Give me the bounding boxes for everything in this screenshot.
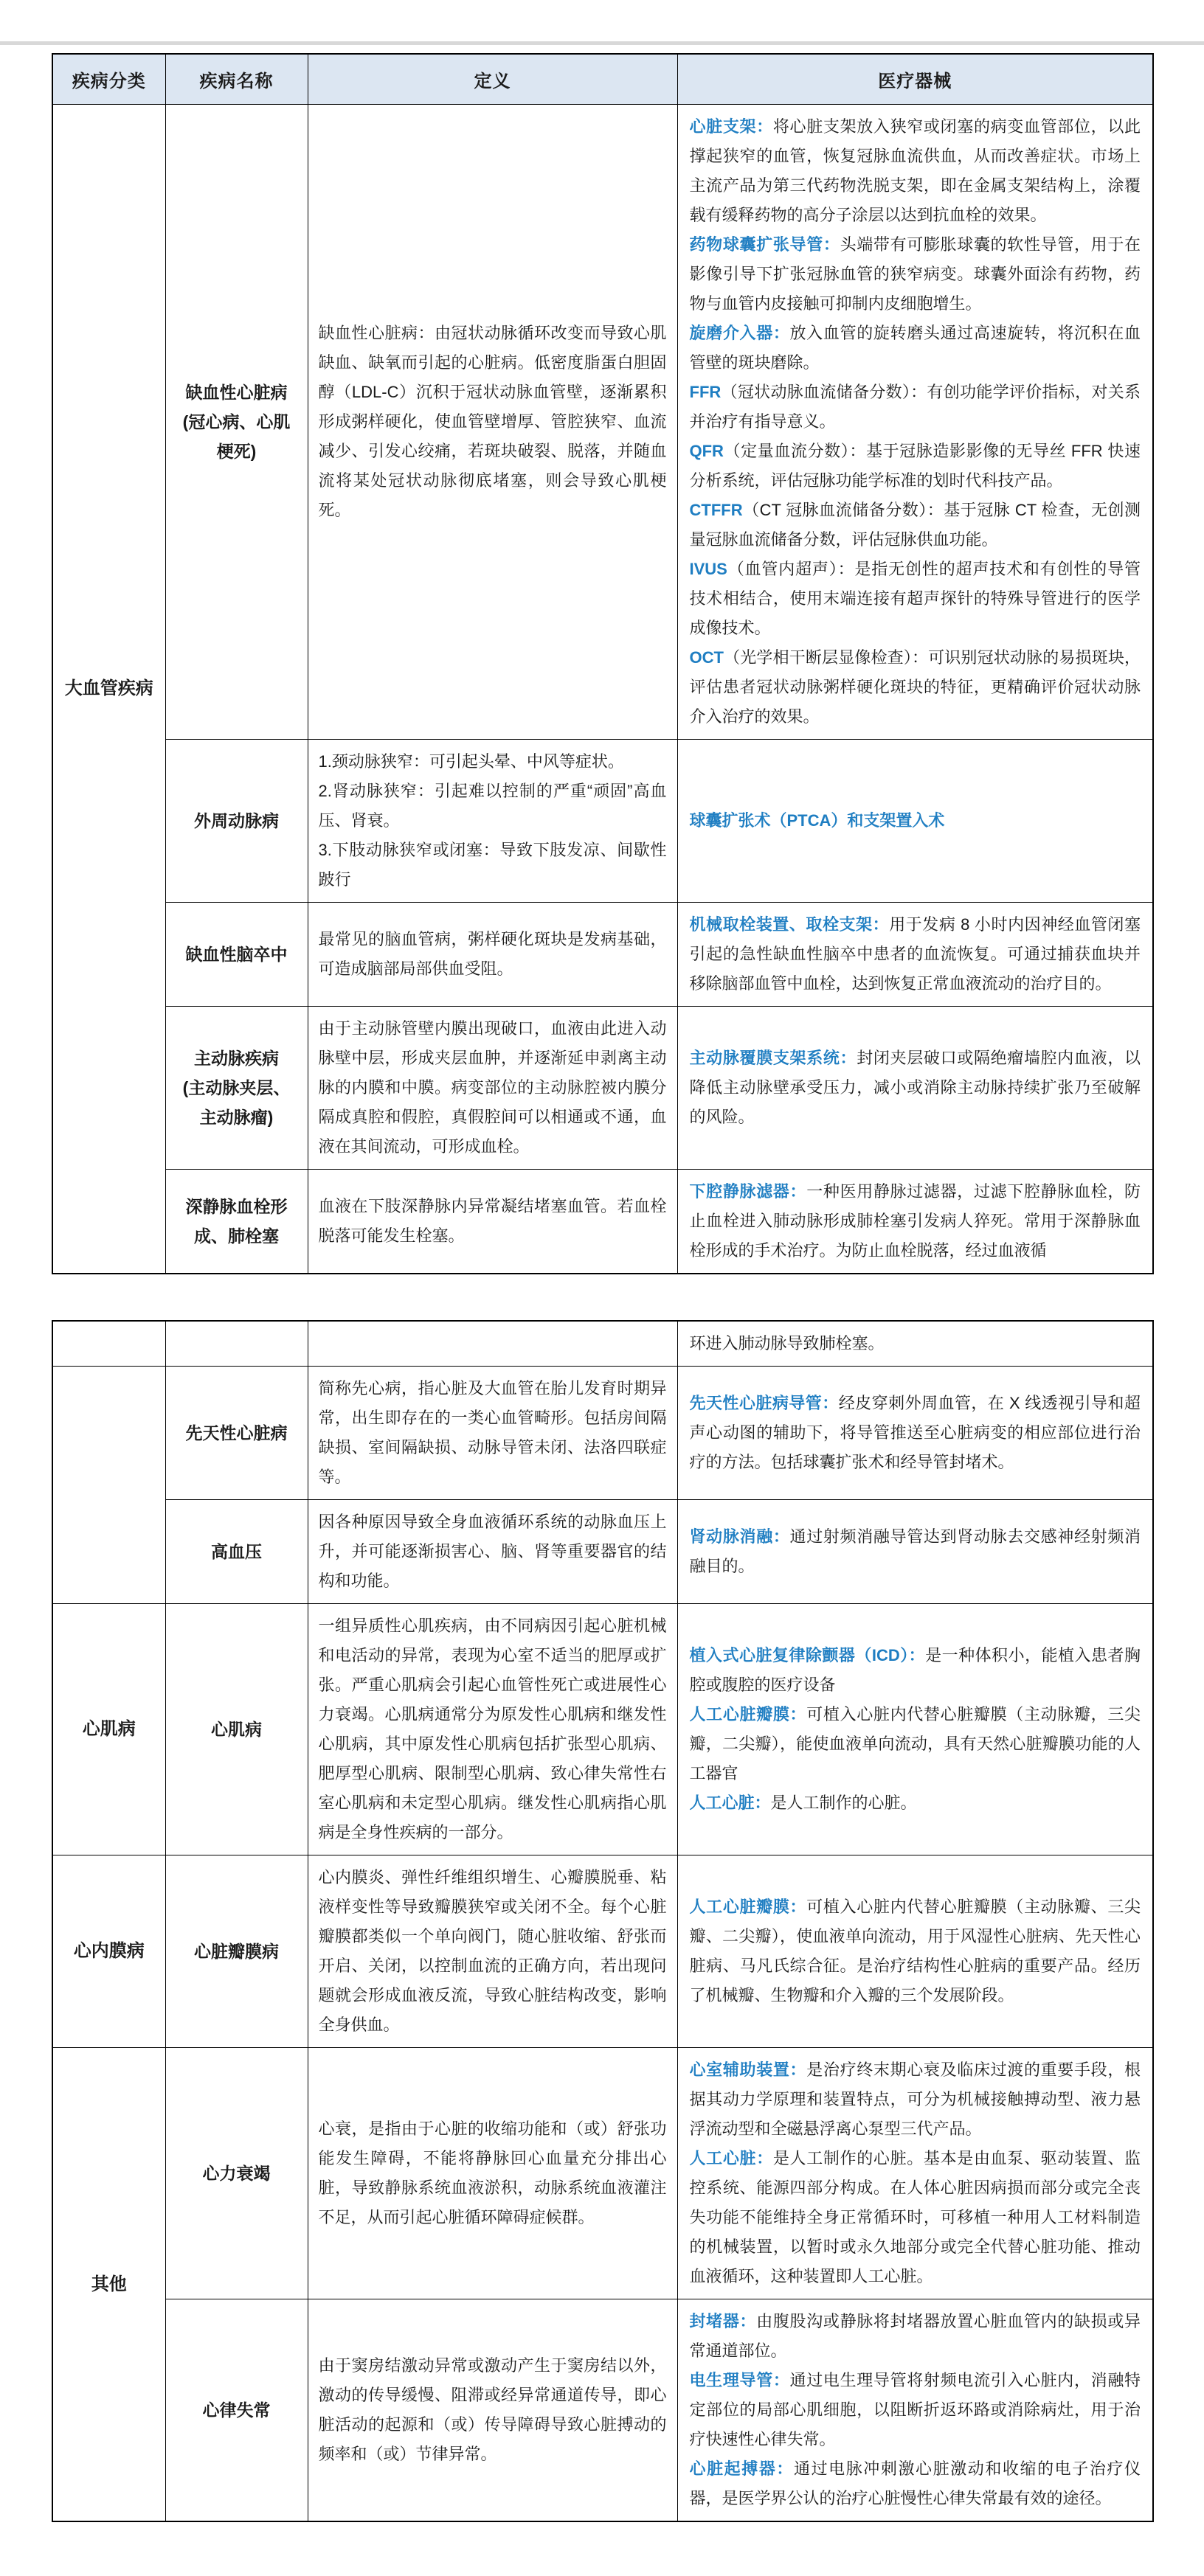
page: { "colors":{"accent_blue":"#1f7ec2","hea… bbox=[0, 0, 1204, 2576]
definition-text: 缺血性心脏病：由冠状动脉循环改变而导致心肌缺血、缺氧而引起的心脏病。低密度脂蛋白… bbox=[319, 319, 667, 525]
device-name: 药物球囊扩张导管： bbox=[690, 235, 840, 254]
definition-text: 心内膜炎、弹性纤维组织增生、心瓣膜脱垂、粘液样变性等导致瓣膜狭窄或关闭不全。每个… bbox=[319, 1863, 667, 2040]
disease-name-cell: 缺血性心脏病 (冠心病、心肌 梗死) bbox=[165, 104, 308, 739]
device-name: 先天性心脏病导管： bbox=[690, 1394, 839, 1412]
definition-text: 一组异质性心肌疾病，由不同病因引起心脏机械和电活动的异常，表现为心室不适当的肥厚… bbox=[319, 1611, 667, 1847]
category-cell: 心肌病 bbox=[52, 1604, 165, 1855]
device-description: 由腹股沟或静脉将封堵器放置心脏血管内的缺损或异常通道部位。 bbox=[690, 2312, 1141, 2360]
device-item: CTFFR（CT 冠脉血流储备分数）：基于冠脉 CT 检查，无创测量冠脉血流储备… bbox=[690, 496, 1141, 555]
page-top-rule bbox=[0, 41, 1204, 45]
device-description: （冠状动脉血流储备分数）：有创功能学评价指标，对关系并治疗有指导意义。 bbox=[690, 383, 1141, 431]
device-name: 人工心脏瓣膜： bbox=[690, 1705, 807, 1723]
definition-text: 由于主动脉管壁内膜出现破口，血液由此进入动脉壁中层，形成夹层血肿，并逐渐延申剥离… bbox=[319, 1014, 667, 1162]
definition-cell: 心衰，是指由于心脏的收缩功能和（或）舒张功能发生障碍，不能将静脉回心血量充分排出… bbox=[308, 2048, 677, 2299]
definition-cell: 最常见的脑血管病，粥样硬化斑块是发病基础，可造成脑部局部供血受阻。 bbox=[308, 902, 677, 1006]
device-name: OCT bbox=[690, 648, 724, 667]
device-name: 心脏起搏器： bbox=[690, 2459, 794, 2478]
definition-cell: 心内膜炎、弹性纤维组织增生、心瓣膜脱垂、粘液样变性等导致瓣膜狭窄或关闭不全。每个… bbox=[308, 1855, 677, 2048]
device-name: 封堵器： bbox=[690, 2312, 757, 2330]
device-item: 人工心脏瓣膜：可植入心脏内代替心脏瓣膜（主动脉瓣、三尖瓣、二尖瓣），使血液单向流… bbox=[690, 1892, 1141, 2010]
column-header-medical-device: 医疗器械 bbox=[677, 54, 1153, 104]
definition-text: 血液在下肢深静脉内异常凝结堵塞血管。若血栓脱落可能发生栓塞。 bbox=[319, 1192, 667, 1251]
device-item: 药物球囊扩张导管：头端带有可膨胀球囊的软性导管，用于在影像引导下扩张冠脉血管的狭… bbox=[690, 230, 1141, 319]
table-row: 环进入肺动脉导致肺栓塞。 bbox=[52, 1321, 1153, 1367]
disease-name-cell: 心肌病 bbox=[165, 1604, 308, 1855]
device-description: （血管内超声）：是指无创性的超声技术和有创性的导管技术相结合，使用末端连接有超声… bbox=[690, 560, 1141, 637]
definition-text: 1.颈动脉狭窄：可引起头晕、中风等症状。 bbox=[319, 747, 667, 777]
table-row: 心内膜病心脏瓣膜病心内膜炎、弹性纤维组织增生、心瓣膜脱垂、粘液样变性等导致瓣膜狭… bbox=[52, 1855, 1153, 2048]
table-row: 其他心力衰竭心衰，是指由于心脏的收缩功能和（或）舒张功能发生障碍，不能将静脉回心… bbox=[52, 2048, 1153, 2299]
definition-cell: 简称先心病，指心脏及大血管在胎儿发育时期异常，出生即存在的一类心血管畸形。包括房… bbox=[308, 1367, 677, 1500]
disease-name-cell: 外周动脉病 bbox=[165, 739, 308, 902]
table-row: 心律失常由于窦房结激动异常或激动产生于窦房结以外，激动的传导缓慢、阻滞或经异常通… bbox=[52, 2299, 1153, 2522]
devices-cell: 环进入肺动脉导致肺栓塞。 bbox=[677, 1321, 1153, 1367]
definition-text: 最常见的脑血管病，粥样硬化斑块是发病基础，可造成脑部局部供血受阻。 bbox=[319, 925, 667, 984]
devices-cell: 植入式心脏复律除颤器（ICD）：是一种体积小，能植入患者胸腔或腹腔的医疗设备人工… bbox=[677, 1604, 1153, 1855]
definition-text: 因各种原因导致全身血液循环系统的动脉血压上升，并可能逐渐损害心、脑、肾等重要器官… bbox=[319, 1507, 667, 1596]
disease-name-cell bbox=[165, 1321, 308, 1367]
disease-device-table-part2: 环进入肺动脉导致肺栓塞。先天性心脏病简称先心病，指心脏及大血管在胎儿发育时期异常… bbox=[52, 1320, 1152, 2522]
table-row: 大血管疾病缺血性心脏病 (冠心病、心肌 梗死)缺血性心脏病：由冠状动脉循环改变而… bbox=[52, 104, 1153, 739]
device-description: （光学相干断层显像检查）：可识别冠状动脉的易损斑块，评估患者冠状动脉粥样硬化斑块… bbox=[690, 648, 1141, 726]
category-cell: 大血管疾病 bbox=[52, 104, 165, 1274]
device-name: 植入式心脏复律除颤器（ICD）： bbox=[690, 1646, 926, 1664]
device-item: 机械取栓装置、取栓支架：用于发病 8 小时内因神经血管闭塞引起的急性缺血性脑卒中… bbox=[690, 910, 1141, 999]
definition-text: 简称先心病，指心脏及大血管在胎儿发育时期异常，出生即存在的一类心血管畸形。包括房… bbox=[319, 1374, 667, 1492]
column-header-disease-category: 疾病分类 bbox=[52, 54, 165, 104]
device-description: 是人工制作的心脏。基本是由血泵、驱动装置、监控系统、能源四部分构成。在人体心脏因… bbox=[690, 2149, 1141, 2285]
disease-name-cell: 心力衰竭 bbox=[165, 2048, 308, 2299]
definition-text: 2.肾动脉狭窄：引起难以控制的严重“顽固”高血压、肾衰。 bbox=[319, 777, 667, 836]
definition-cell: 一组异质性心肌疾病，由不同病因引起心脏机械和电活动的异常，表现为心室不适当的肥厚… bbox=[308, 1604, 677, 1855]
disease-name-cell: 先天性心脏病 bbox=[165, 1367, 308, 1500]
device-name: 心脏支架： bbox=[690, 117, 773, 136]
category-cell: 心内膜病 bbox=[52, 1855, 165, 2048]
devices-cell: 心脏支架：将心脏支架放入狭窄或闭塞的病变血管部位，以此撑起狭窄的血管，恢复冠脉血… bbox=[677, 104, 1153, 739]
table-row: 缺血性脑卒中最常见的脑血管病，粥样硬化斑块是发病基础，可造成脑部局部供血受阻。机… bbox=[52, 902, 1153, 1006]
category-cell bbox=[52, 1367, 165, 1604]
device-item: QFR（定量血流分数）：基于冠脉造影影像的无导丝 FFR 快速分析系统，评估冠脉… bbox=[690, 437, 1141, 496]
device-name: 心室辅助装置： bbox=[690, 2061, 807, 2079]
device-name: 旋磨介入器： bbox=[690, 324, 790, 342]
device-item: 心脏起搏器：通过电脉冲刺激心脏激动和收缩的电子治疗仪器，是医学界公认的治疗心脏慢… bbox=[690, 2454, 1141, 2513]
table-row: 主动脉疾病 (主动脉夹层、 主动脉瘤)由于主动脉管壁内膜出现破口，血液由此进入动… bbox=[52, 1006, 1153, 1169]
device-description: 环进入肺动脉导致肺栓塞。 bbox=[690, 1334, 885, 1353]
disease-name-cell: 深静脉血栓形 成、肺栓塞 bbox=[165, 1169, 308, 1274]
disease-name-cell: 主动脉疾病 (主动脉夹层、 主动脉瘤) bbox=[165, 1006, 308, 1169]
device-item: FFR（冠状动脉血流储备分数）：有创功能学评价指标，对关系并治疗有指导意义。 bbox=[690, 378, 1141, 437]
device-name: 电生理导管： bbox=[690, 2371, 790, 2389]
category-cell bbox=[52, 1321, 165, 1367]
device-name: 机械取栓装置、取栓支架： bbox=[690, 915, 890, 934]
definition-cell: 1.颈动脉狭窄：可引起头晕、中风等症状。2.肾动脉狭窄：引起难以控制的严重“顽固… bbox=[308, 739, 677, 902]
table-row: 外周动脉病1.颈动脉狭窄：可引起头晕、中风等症状。2.肾动脉狭窄：引起难以控制的… bbox=[52, 739, 1153, 902]
device-name: CTFFR bbox=[690, 501, 743, 519]
device-item: 植入式心脏复律除颤器（ICD）：是一种体积小，能植入患者胸腔或腹腔的医疗设备 bbox=[690, 1641, 1141, 1700]
device-name: 肾动脉消融： bbox=[690, 1527, 790, 1546]
disease-name-cell: 心律失常 bbox=[165, 2299, 308, 2522]
table-header-row: 疾病分类 疾病名称 定义 医疗器械 bbox=[52, 54, 1153, 104]
devices-cell: 下腔静脉滤器：一种医用静脉过滤器，过滤下腔静脉血栓，防止血栓进入肺动脉形成肺栓塞… bbox=[677, 1169, 1153, 1274]
device-item: 旋磨介入器：放入血管的旋转磨头通过高速旋转，将沉积在血管壁的斑块磨除。 bbox=[690, 319, 1141, 378]
device-item: IVUS（血管内超声）：是指无创性的超声技术和有创性的导管技术相结合，使用末端连… bbox=[690, 555, 1141, 643]
devices-cell: 主动脉覆膜支架系统：封闭夹层破口或隔绝瘤墙腔内血液，以降低主动脉壁承受压力，减小… bbox=[677, 1006, 1153, 1169]
device-item: 封堵器：由腹股沟或静脉将封堵器放置心脏血管内的缺损或异常通道部位。 bbox=[690, 2307, 1141, 2366]
device-item: 人工心脏：是人工制作的心脏。 bbox=[690, 1788, 1141, 1818]
disease-device-table-part1: 疾病分类 疾病名称 定义 医疗器械 大血管疾病缺血性心脏病 (冠心病、心肌 梗死… bbox=[52, 53, 1152, 1274]
device-description: 是人工制作的心脏。 bbox=[771, 1794, 917, 1812]
definition-cell: 因各种原因导致全身血液循环系统的动脉血压上升，并可能逐渐损害心、脑、肾等重要器官… bbox=[308, 1500, 677, 1604]
device-name: 人工心脏瓣膜： bbox=[690, 1898, 807, 1916]
device-item: 心室辅助装置：是治疗终末期心衰及临床过渡的重要手段，根据其动力学原理和装置特点，… bbox=[690, 2055, 1141, 2144]
device-item: 球囊扩张术（PTCA）和支架置入术 bbox=[690, 806, 1141, 836]
definition-text: 心衰，是指由于心脏的收缩功能和（或）舒张功能发生障碍，不能将静脉回心血量充分排出… bbox=[319, 2114, 667, 2232]
device-name: 人工心脏： bbox=[690, 2149, 773, 2167]
device-item: 先天性心脏病导管：经皮穿刺外周血管，在 X 线透视引导和超声心动图的辅助下，将导… bbox=[690, 1389, 1141, 1477]
table-row: 心肌病心肌病一组异质性心肌疾病，由不同病因引起心脏机械和电活动的异常，表现为心室… bbox=[52, 1604, 1153, 1855]
devices-cell: 封堵器：由腹股沟或静脉将封堵器放置心脏血管内的缺损或异常通道部位。电生理导管：通… bbox=[677, 2299, 1153, 2522]
device-item: 心脏支架：将心脏支架放入狭窄或闭塞的病变血管部位，以此撑起狭窄的血管，恢复冠脉血… bbox=[690, 112, 1141, 230]
table-part2: 环进入肺动脉导致肺栓塞。先天性心脏病简称先心病，指心脏及大血管在胎儿发育时期异常… bbox=[52, 1320, 1154, 2522]
device-item: 人工心脏：是人工制作的心脏。基本是由血泵、驱动装置、监控系统、能源四部分构成。在… bbox=[690, 2144, 1141, 2291]
definition-text: 3.下肢动脉狭窄或闭塞：导致下肢发凉、间歇性跛行 bbox=[319, 836, 667, 895]
device-description: （CT 冠脉血流储备分数）：基于冠脉 CT 检查，无创测量冠脉血流储备分数，评估… bbox=[690, 501, 1141, 549]
definition-cell: 由于主动脉管壁内膜出现破口，血液由此进入动脉壁中层，形成夹层血肿，并逐渐延申剥离… bbox=[308, 1006, 677, 1169]
device-item: 主动脉覆膜支架系统：封闭夹层破口或隔绝瘤墙腔内血液，以降低主动脉壁承受压力，减小… bbox=[690, 1044, 1141, 1132]
devices-cell: 肾动脉消融：通过射频消融导管达到肾动脉去交感神经射频消融目的。 bbox=[677, 1500, 1153, 1604]
devices-cell: 球囊扩张术（PTCA）和支架置入术 bbox=[677, 739, 1153, 902]
table-part1: 疾病分类 疾病名称 定义 医疗器械 大血管疾病缺血性心脏病 (冠心病、心肌 梗死… bbox=[52, 53, 1154, 1274]
definition-cell bbox=[308, 1321, 677, 1367]
table-row: 高血压因各种原因导致全身血液循环系统的动脉血压上升，并可能逐渐损害心、脑、肾等重… bbox=[52, 1500, 1153, 1604]
definition-cell: 由于窦房结激动异常或激动产生于窦房结以外，激动的传导缓慢、阻滞或经异常通道传导，… bbox=[308, 2299, 677, 2522]
device-item: 肾动脉消融：通过射频消融导管达到肾动脉去交感神经射频消融目的。 bbox=[690, 1522, 1141, 1581]
device-name: IVUS bbox=[690, 560, 727, 578]
table-row: 先天性心脏病简称先心病，指心脏及大血管在胎儿发育时期异常，出生即存在的一类心血管… bbox=[52, 1367, 1153, 1500]
device-name: 人工心脏： bbox=[690, 1794, 771, 1812]
column-header-disease-name: 疾病名称 bbox=[165, 54, 308, 104]
device-name: 下腔静脉滤器： bbox=[690, 1182, 807, 1201]
device-description: （定量血流分数）：基于冠脉造影影像的无导丝 FFR 快速分析系统，评估冠脉功能学… bbox=[690, 442, 1141, 490]
devices-cell: 心室辅助装置：是治疗终末期心衰及临床过渡的重要手段，根据其动力学原理和装置特点，… bbox=[677, 2048, 1153, 2299]
definition-cell: 血液在下肢深静脉内异常凝结堵塞血管。若血栓脱落可能发生栓塞。 bbox=[308, 1169, 677, 1274]
devices-cell: 机械取栓装置、取栓支架：用于发病 8 小时内因神经血管闭塞引起的急性缺血性脑卒中… bbox=[677, 902, 1153, 1006]
devices-cell: 人工心脏瓣膜：可植入心脏内代替心脏瓣膜（主动脉瓣、三尖瓣、二尖瓣），使血液单向流… bbox=[677, 1855, 1153, 2048]
definition-cell: 缺血性心脏病：由冠状动脉循环改变而导致心肌缺血、缺氧而引起的心脏病。低密度脂蛋白… bbox=[308, 104, 677, 739]
device-item: 电生理导管：通过电生理导管将射频电流引入心脏内，消融特定部位的局部心肌细胞，以阻… bbox=[690, 2366, 1141, 2454]
device-name: QFR bbox=[690, 442, 724, 460]
device-item: 环进入肺动脉导致肺栓塞。 bbox=[690, 1329, 1141, 1358]
disease-name-cell: 高血压 bbox=[165, 1500, 308, 1604]
device-item: 人工心脏瓣膜：可植入心脏内代替心脏瓣膜（主动脉瓣，三尖瓣，二尖瓣），能使血液单向… bbox=[690, 1700, 1141, 1788]
device-item: OCT（光学相干断层显像检查）：可识别冠状动脉的易损斑块，评估患者冠状动脉粥样硬… bbox=[690, 643, 1141, 732]
category-cell: 其他 bbox=[52, 2048, 165, 2522]
device-name: 主动脉覆膜支架系统： bbox=[690, 1049, 857, 1067]
device-item: 下腔静脉滤器：一种医用静脉过滤器，过滤下腔静脉血栓，防止血栓进入肺动脉形成肺栓塞… bbox=[690, 1177, 1141, 1266]
column-header-definition: 定义 bbox=[308, 54, 677, 104]
disease-name-cell: 心脏瓣膜病 bbox=[165, 1855, 308, 2048]
devices-cell: 先天性心脏病导管：经皮穿刺外周血管，在 X 线透视引导和超声心动图的辅助下，将导… bbox=[677, 1367, 1153, 1500]
device-name: 球囊扩张术（PTCA）和支架置入术 bbox=[690, 811, 945, 830]
table-row: 深静脉血栓形 成、肺栓塞血液在下肢深静脉内异常凝结堵塞血管。若血栓脱落可能发生栓… bbox=[52, 1169, 1153, 1274]
disease-name-cell: 缺血性脑卒中 bbox=[165, 902, 308, 1006]
device-name: FFR bbox=[690, 383, 722, 401]
definition-text: 由于窦房结激动异常或激动产生于窦房结以外，激动的传导缓慢、阻滞或经异常通道传导，… bbox=[319, 2351, 667, 2469]
